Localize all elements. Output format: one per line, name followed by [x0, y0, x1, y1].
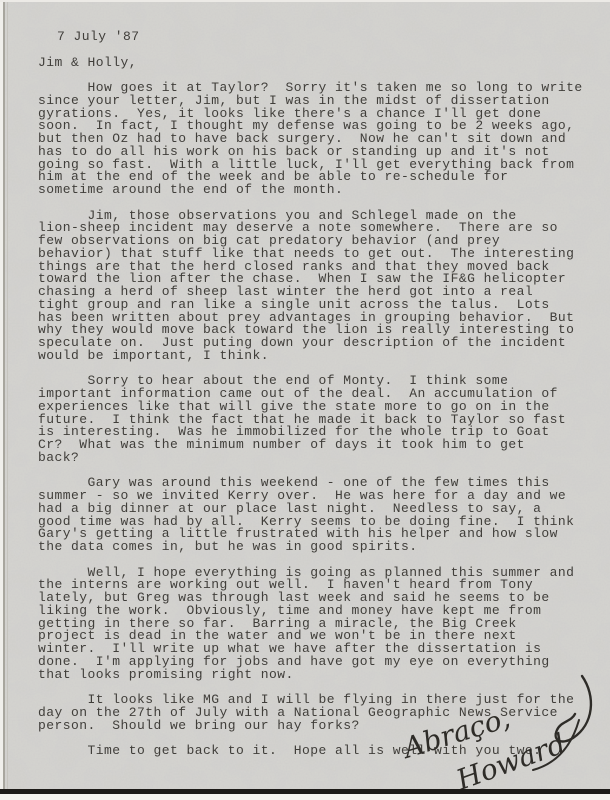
letter-scan-page: 7 July '87 Jim & Holly, How goes it at T…	[0, 0, 610, 800]
signature-block: Abraço, Howard	[385, 670, 610, 798]
scan-bottom-strip	[0, 794, 610, 800]
letter-body: 7 July '87 Jim & Holly, How goes it at T…	[38, 31, 594, 771]
paragraph-dissertation: How goes it at Taylor? Sorry it's taken …	[38, 82, 594, 197]
paragraph-lion-sheep: Jim, those observations you and Schlegel…	[38, 210, 594, 363]
scan-top-edge	[0, 0, 610, 2]
signature-flourish	[556, 676, 591, 741]
paper-left-edge-faint-line	[7, 0, 8, 791]
salutation: Jim & Holly,	[38, 57, 594, 70]
paper-left-edge-shadow	[3, 0, 5, 791]
date-line: 7 July '87	[38, 31, 594, 44]
paragraph-monty: Sorry to hear about the end of Monty. I …	[38, 375, 594, 464]
paragraph-gary-kerry: Gary was around this weekend - one of th…	[38, 477, 594, 554]
paragraph-summer-plans: Well, I hope everything is going as plan…	[38, 567, 594, 682]
